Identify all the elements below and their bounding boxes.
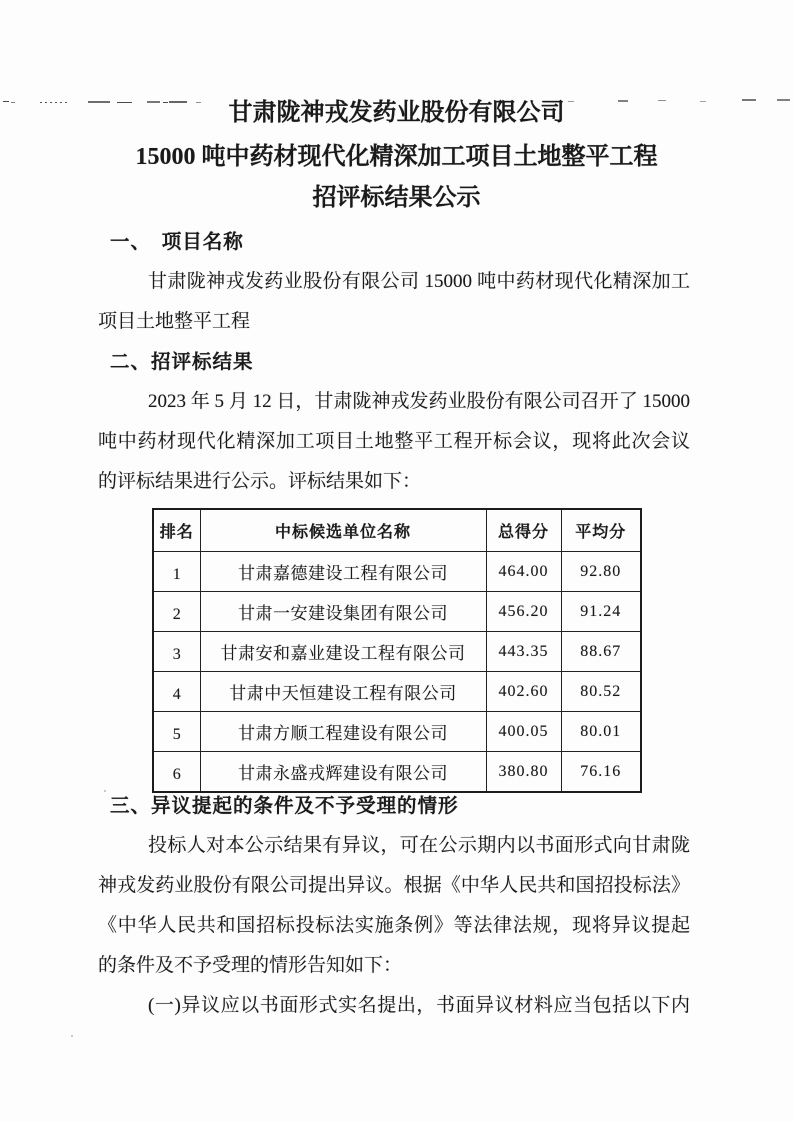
rank-cell: 2	[153, 592, 200, 632]
table-row: 2 甘肃一安建设集团有限公司 456.20 91.24	[153, 592, 641, 632]
document-title-project: 15000 吨中药材现代化精深加工项目土地整平工程	[0, 136, 793, 171]
table-row: 3 甘肃安和嘉业建设工程有限公司 443.35 88.67	[153, 632, 641, 672]
total-score-cell: 400.05	[486, 712, 561, 752]
document-title-company: 甘肃陇神戎发药业股份有限公司	[0, 92, 793, 127]
rank-value: 5	[173, 726, 181, 744]
header-rank: 排名	[153, 509, 200, 552]
total-score-cell: 464.00	[486, 552, 561, 592]
table-row: 4 甘肃中天恒建设工程有限公司 402.60 80.52	[153, 672, 641, 712]
avg-score-cell: 80.52	[561, 672, 641, 712]
avg-score-cell: 91.24	[561, 592, 641, 632]
rank-cell: 4	[153, 672, 200, 712]
rank-cell: 1	[153, 552, 200, 592]
scanned-document-page: 甘肃陇神戎发药业股份有限公司 15000 吨中药材现代化精深加工项目土地整平工程…	[0, 0, 793, 1122]
section-1-line: 项目土地整平工程	[98, 302, 690, 342]
section-3-heading: 三、异议提起的条件及不予受理的情形	[98, 786, 690, 826]
section-3-line: 《中华人民共和国招标投标法实施条例》等法律法规，现将异议提起	[98, 906, 690, 946]
section-2-line: 2023 年 5 月 12 日，甘肃陇神戎发药业股份有限公司召开了 15000	[98, 382, 690, 422]
section-2-line: 的评标结果进行公示。评标结果如下：	[98, 462, 690, 502]
section-3-line: 神戎发药业股份有限公司提出异议。根据《中华人民共和国招投标法》	[98, 866, 690, 906]
bid-results-table: 排名 中标候选单位名称 总得分 平均分 1 甘肃嘉德建设工程有限公司 464.0…	[152, 508, 642, 793]
rank-value: 2	[173, 606, 181, 624]
total-score-cell: 402.60	[486, 672, 561, 712]
section-3-line: (一)异议应以书面形式实名提出，书面异议材料应当包括以下内	[98, 986, 690, 1026]
total-score-cell: 443.35	[486, 632, 561, 672]
avg-score-cell: 80.01	[561, 712, 641, 752]
total-score-cell: 456.20	[486, 592, 561, 632]
body-lower: 三、异议提起的条件及不予受理的情形 投标人对本公示结果有异议，可在公示期内以书面…	[98, 786, 690, 1026]
rank-value: 6	[173, 766, 181, 784]
candidate-name-cell: 甘肃嘉德建设工程有限公司	[200, 552, 486, 592]
avg-score-cell: 92.80	[561, 552, 641, 592]
section-3-line: 的条件及不予受理的情形告知如下：	[98, 946, 690, 986]
rank-value: 3	[173, 646, 181, 664]
candidate-name-cell: 甘肃方顺工程建设有限公司	[200, 712, 486, 752]
table-header-row: 排名 中标候选单位名称 总得分 平均分	[153, 509, 641, 552]
rank-value: 1	[173, 566, 181, 584]
section-2-line: 吨中药材现代化精深加工项目土地整平工程开标会议，现将此次会议	[98, 422, 690, 462]
avg-score-cell: 88.67	[561, 632, 641, 672]
table-row: 5 甘肃方顺工程建设有限公司 400.05 80.01	[153, 712, 641, 752]
rank-value: 4	[173, 686, 181, 704]
section-3-line: 投标人对本公示结果有异议，可在公示期内以书面形式向甘肃陇	[98, 826, 690, 866]
body-upper: 一、 项目名称 甘肃陇神戎发药业股份有限公司 15000 吨中药材现代化精深加工…	[98, 222, 690, 502]
candidate-name-cell: 甘肃一安建设集团有限公司	[200, 592, 486, 632]
candidate-name-cell: 甘肃安和嘉业建设工程有限公司	[200, 632, 486, 672]
table-row: 1 甘肃嘉德建设工程有限公司 464.00 92.80	[153, 552, 641, 592]
rank-cell: 5	[153, 712, 200, 752]
section-2-heading: 二、招评标结果	[98, 342, 690, 382]
document-title-subtitle: 招评标结果公示	[0, 177, 793, 212]
header-name: 中标候选单位名称	[200, 509, 486, 552]
rank-cell: 3	[153, 632, 200, 672]
section-1-heading: 一、 项目名称	[98, 222, 690, 262]
section-1-line: 甘肃陇神戎发药业股份有限公司 15000 吨中药材现代化精深加工	[98, 262, 690, 302]
candidate-name-cell: 甘肃中天恒建设工程有限公司	[200, 672, 486, 712]
header-total: 总得分	[486, 509, 561, 552]
header-avg: 平均分	[561, 509, 641, 552]
